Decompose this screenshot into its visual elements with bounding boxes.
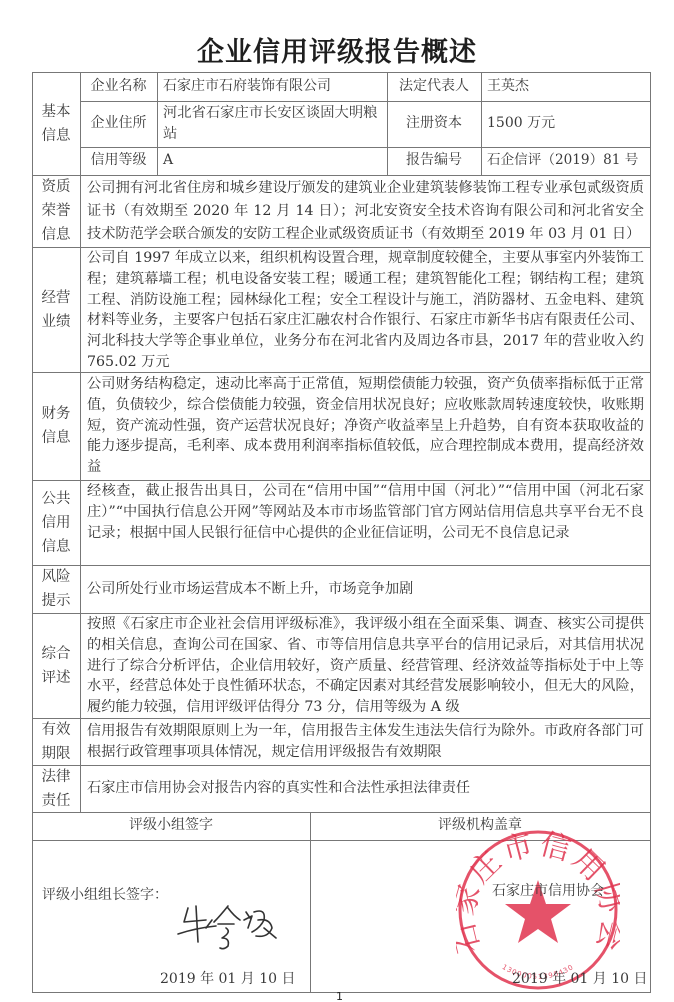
field-label-reg-capital: 注册资本	[387, 101, 481, 147]
page-number: 1	[336, 990, 343, 1002]
section-label-business: 经营业绩	[32, 247, 80, 372]
section-text-public-credit: 经核查，截止报告出具日，公司在“信用中国”“信用中国（河北）”“信用中国（河北石…	[81, 481, 650, 543]
signature-header-left: 评级小组签字	[32, 812, 310, 840]
section-label-legal: 法律责任	[32, 765, 80, 812]
field-value-company-name: 石家庄市石府装饰有限公司	[157, 72, 387, 101]
section-text-qualifications: 公司拥有河北省住房和城乡建设厅颁发的建筑业企业建筑装修装饰工程专业承包贰级资质证…	[81, 177, 650, 246]
field-value-credit-grade: A	[157, 147, 387, 175]
left-signature-date: 2019 年 01 月 10 日	[160, 968, 296, 988]
field-label-legal-rep: 法定代表人	[387, 72, 481, 101]
section-text-legal: 石家庄市信用协会对报告内容的真实性和合法性承担法律责任	[81, 765, 650, 812]
right-signature-date: 2019 年 01 月 10 日	[512, 968, 648, 988]
section-label-summary: 综合评述	[32, 613, 80, 718]
section-label-risk: 风险提示	[32, 565, 80, 613]
section-label-validity: 有效期限	[32, 718, 80, 765]
field-value-report-no: 石企信评（2019）81 号	[481, 147, 650, 175]
section-label-public-credit: 公共信用信息	[32, 480, 80, 565]
org-name: 石家庄市信用协会	[492, 880, 604, 900]
field-value-address: 河北省石家庄市长安区谈固大明粮站	[157, 101, 387, 147]
section-label-qualifications: 资质荣誉信息	[32, 175, 80, 247]
section-text-risk: 公司所处行业市场运营成本不断上升，市场竞争加剧	[81, 565, 650, 613]
section-text-finance: 公司财务结构稳定，速动比率高于正常值，短期偿债能力较强，资产负债率指标低于正常值…	[81, 374, 650, 478]
field-value-reg-capital: 1500 万元	[481, 101, 650, 147]
section-label-basic-info: 基本信息	[32, 72, 80, 175]
section-label-finance: 财务信息	[32, 372, 80, 480]
field-label-company-name: 企业名称	[80, 72, 157, 101]
section-text-summary: 按照《石家庄市企业社会信用评级标准》，我评级小组在全面采集、调查、核实公司提供的…	[81, 614, 650, 718]
field-label-report-no: 报告编号	[387, 147, 481, 175]
handwritten-signature	[176, 898, 286, 958]
field-label-address: 企业住所	[80, 101, 157, 147]
section-text-business: 公司自 1997 年成立以来，组织机构设置合理，规章制度较健全，主要从事室内外装…	[81, 248, 650, 373]
page-title: 企业信用评级报告概述	[0, 30, 674, 69]
field-label-credit-grade: 信用等级	[80, 147, 157, 175]
leader-signature-label: 评级小组组长签字：	[42, 884, 168, 904]
section-text-validity: 信用报告有效期限原则上为一年，信用报告主体发生违法失信行为除外。市政府各部门可根…	[81, 718, 650, 765]
field-value-legal-rep: 王英杰	[481, 72, 650, 101]
